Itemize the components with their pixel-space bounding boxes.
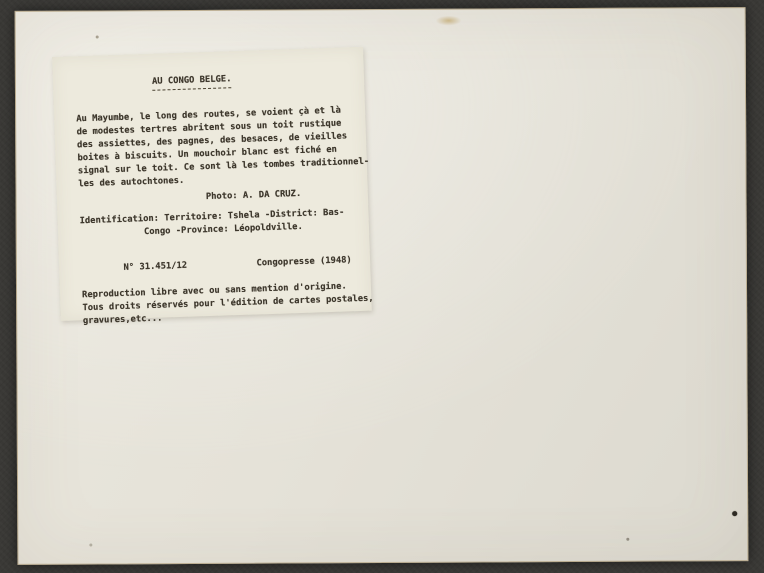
dust-speck: [89, 544, 92, 547]
photograph-verso: AU CONGO BELGE. Au Mayumbe, le long des …: [15, 7, 749, 565]
dust-speck: [732, 511, 737, 516]
mount-background: AU CONGO BELGE. Au Mayumbe, le long des …: [0, 0, 764, 573]
typed-caption-label: AU CONGO BELGE. Au Mayumbe, le long des …: [52, 47, 372, 321]
caption-title: AU CONGO BELGE.: [152, 73, 232, 91]
agency-credit: Congopresse (1948): [256, 255, 352, 268]
dust-speck: [96, 35, 99, 38]
stain-mark: [436, 16, 462, 26]
identification-block: Identification: Territoire: Tshela -Dist…: [79, 206, 369, 242]
dust-speck: [626, 538, 629, 541]
caption-title-row: AU CONGO BELGE.: [152, 69, 364, 91]
caption-paragraph: Au Mayumbe, le long des routes, se voien…: [76, 104, 367, 192]
rights-block: Reproduction libre avec ou sans mention …: [82, 280, 372, 329]
reference-number: N° 31.451/12: [123, 257, 256, 274]
